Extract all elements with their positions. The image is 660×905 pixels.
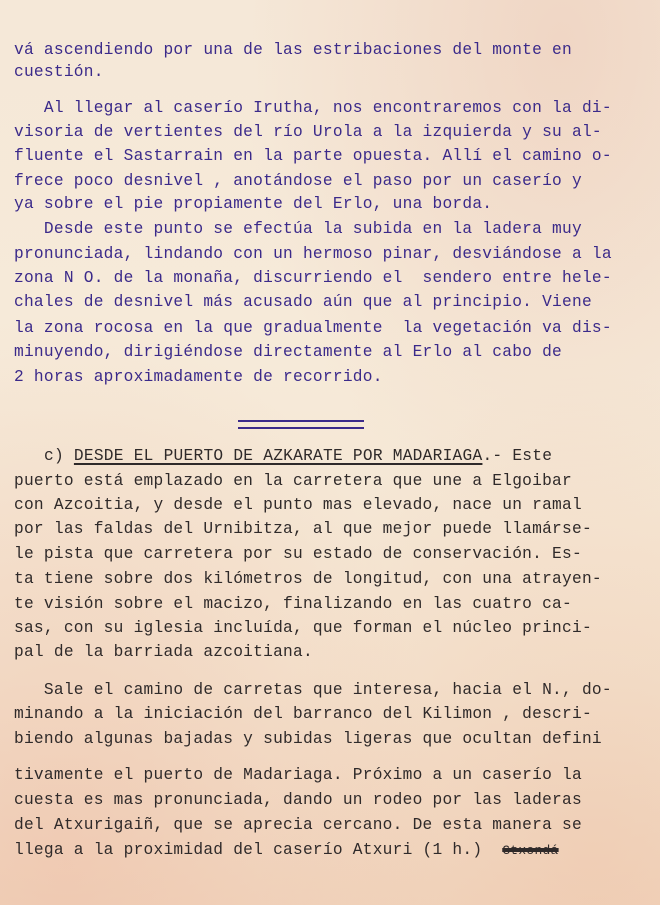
text-line: minuyendo, dirigiéndose directamente al … [14,344,562,360]
text-line: vá ascendiendo por una de las estribacio… [14,42,572,58]
struck-out-word: Gtxondá [502,843,558,858]
text-line: pal de la barriada azcoitiana. [14,644,313,660]
text-line: te visión sobre el macizo, finalizando e… [14,596,572,612]
text-line: la zona rocosa en la que gradualmente la… [14,320,612,336]
text-line: visoria de vertientes del río Urola a la… [14,124,602,140]
text-line: Al llegar al caserío Irutha, nos encontr… [14,100,612,116]
text-line: pronunciada, lindando con un hermoso pin… [14,246,612,262]
text-line: ya sobre el pie propiamente del Erlo, un… [14,196,492,212]
typewritten-page: vá ascendiendo por una de las estribacio… [0,0,660,905]
section-label: c) [44,447,64,465]
text-line: biendo algunas bajadas y subidas ligeras… [14,731,602,747]
text-line: zona N O. de la monaña, discurriendo el … [14,270,612,286]
text-line: frece poco desnivel , anotándose el paso… [14,173,582,189]
text-line: puerto está emplazado en la carretera qu… [14,473,572,489]
text-line: del Atxurigaiñ, que se aprecia cercano. … [14,817,582,833]
heading-suffix: .- Este [482,447,552,465]
section-divider [238,420,364,429]
text-line: cuesta es mas pronunciada, dando un rode… [14,792,582,808]
final-line-text: llega a la proximidad del caserío Atxuri… [14,841,482,859]
text-line: Desde este punto se efectúa la subida en… [14,221,582,237]
section-heading-line: c) DESDE EL PUERTO DE AZKARATE POR MADAR… [44,448,552,464]
text-line: por las faldas del Urnibitza, al que mej… [14,521,592,537]
text-line: ta tiene sobre dos kilómetros de longitu… [14,571,602,587]
text-line: llega a la proximidad del caserío Atxuri… [14,842,559,858]
section-heading: DESDE EL PUERTO DE AZKARATE POR MADARIAG… [74,447,483,465]
text-line: tivamente el puerto de Madariaga. Próxim… [14,767,582,783]
text-line: chales de desnivel más acusado aún que a… [14,294,592,310]
text-line: minando a la iniciación del barranco del… [14,706,592,722]
text-line: le pista que carretera por su estado de … [14,546,582,562]
text-line: Sale el camino de carretas que interesa,… [14,682,612,698]
text-line: con Azcoitia, y desde el punto mas eleva… [14,497,582,513]
text-line: sas, con su iglesia incluída, que forman… [14,620,592,636]
text-line: 2 horas aproximadamente de recorrido. [14,369,383,385]
text-line: fluente el Sastarrain en la parte opuest… [14,148,612,164]
text-line: cuestión. [14,64,104,80]
